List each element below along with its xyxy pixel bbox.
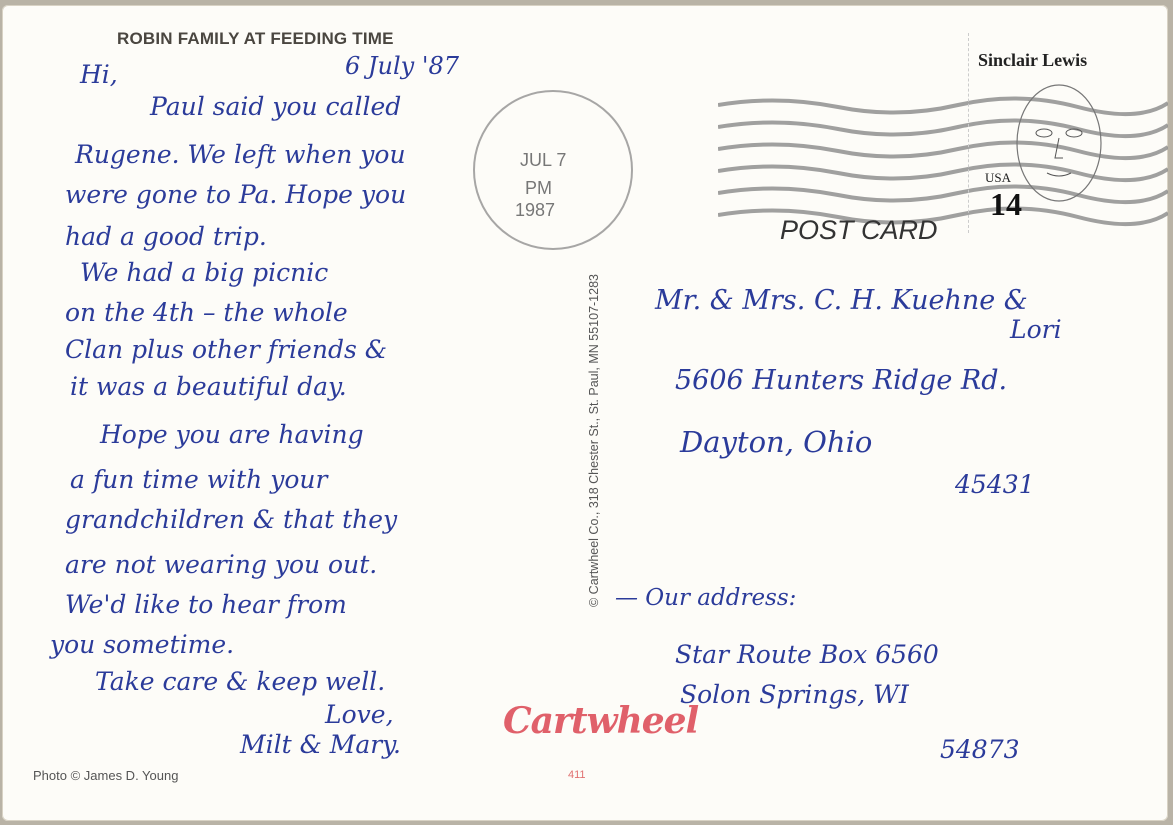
message-line: Rugene. We left when you xyxy=(75,140,406,169)
card-title: ROBIN FAMILY AT FEEDING TIME xyxy=(117,29,394,49)
return-address-line2: Solon Springs, WI xyxy=(680,680,909,709)
publisher-line: © Cartwheel Co., 318 Chester St., St. Pa… xyxy=(587,274,601,607)
recipient-street: 5606 Hunters Ridge Rd. xyxy=(675,365,1007,396)
signature: Milt & Mary. xyxy=(240,730,401,759)
message-line: Love, xyxy=(325,700,394,729)
message-line: a fun time with your xyxy=(70,465,327,494)
message-date: 6 July '87 xyxy=(345,52,459,80)
message-line: are not wearing you out. xyxy=(65,550,377,579)
brand-logo: Cartwheel xyxy=(503,700,698,742)
return-address-line1: Star Route Box 6560 xyxy=(675,640,939,669)
message-line: it was a beautiful day. xyxy=(70,372,347,401)
recipient-zip: 45431 xyxy=(955,470,1035,499)
stamp-country: USA xyxy=(985,170,1011,186)
message-line: Paul said you called xyxy=(150,92,401,121)
photo-credit: Photo © James D. Young xyxy=(33,768,178,783)
stamp-value: 14 xyxy=(990,186,1022,223)
message-line: you sometime. xyxy=(50,630,234,659)
message-line: We'd like to hear from xyxy=(65,590,347,619)
card-number: 411 xyxy=(568,769,586,781)
message-line: on the 4th – the whole xyxy=(65,298,348,327)
return-address-zip: 54873 xyxy=(940,735,1020,764)
recipient-city: Dayton, Ohio xyxy=(680,425,872,459)
message-line: were gone to Pa. Hope you xyxy=(65,180,406,209)
postmark-time: PM xyxy=(525,178,552,199)
postmark-date: JUL 7 xyxy=(520,150,566,171)
postcard-label: POST CARD xyxy=(780,215,938,246)
message-line: Hi, xyxy=(80,60,118,89)
message-line: Take care & keep well. xyxy=(95,667,385,696)
stamp-name: Sinclair Lewis xyxy=(978,50,1087,71)
recipient-name: Mr. & Mrs. C. H. Kuehne & xyxy=(655,285,1028,316)
message-line: We had a big picnic xyxy=(80,258,328,287)
message-line: had a good trip. xyxy=(65,222,267,251)
return-address-label: — Our address: xyxy=(615,585,796,611)
message-line: grandchildren & that they xyxy=(65,505,397,534)
postmark-year: 1987 xyxy=(515,200,555,221)
message-line: Clan plus other friends & xyxy=(65,335,387,364)
message-line: Hope you are having xyxy=(100,420,364,449)
recipient-name2: Lori xyxy=(1010,315,1062,344)
